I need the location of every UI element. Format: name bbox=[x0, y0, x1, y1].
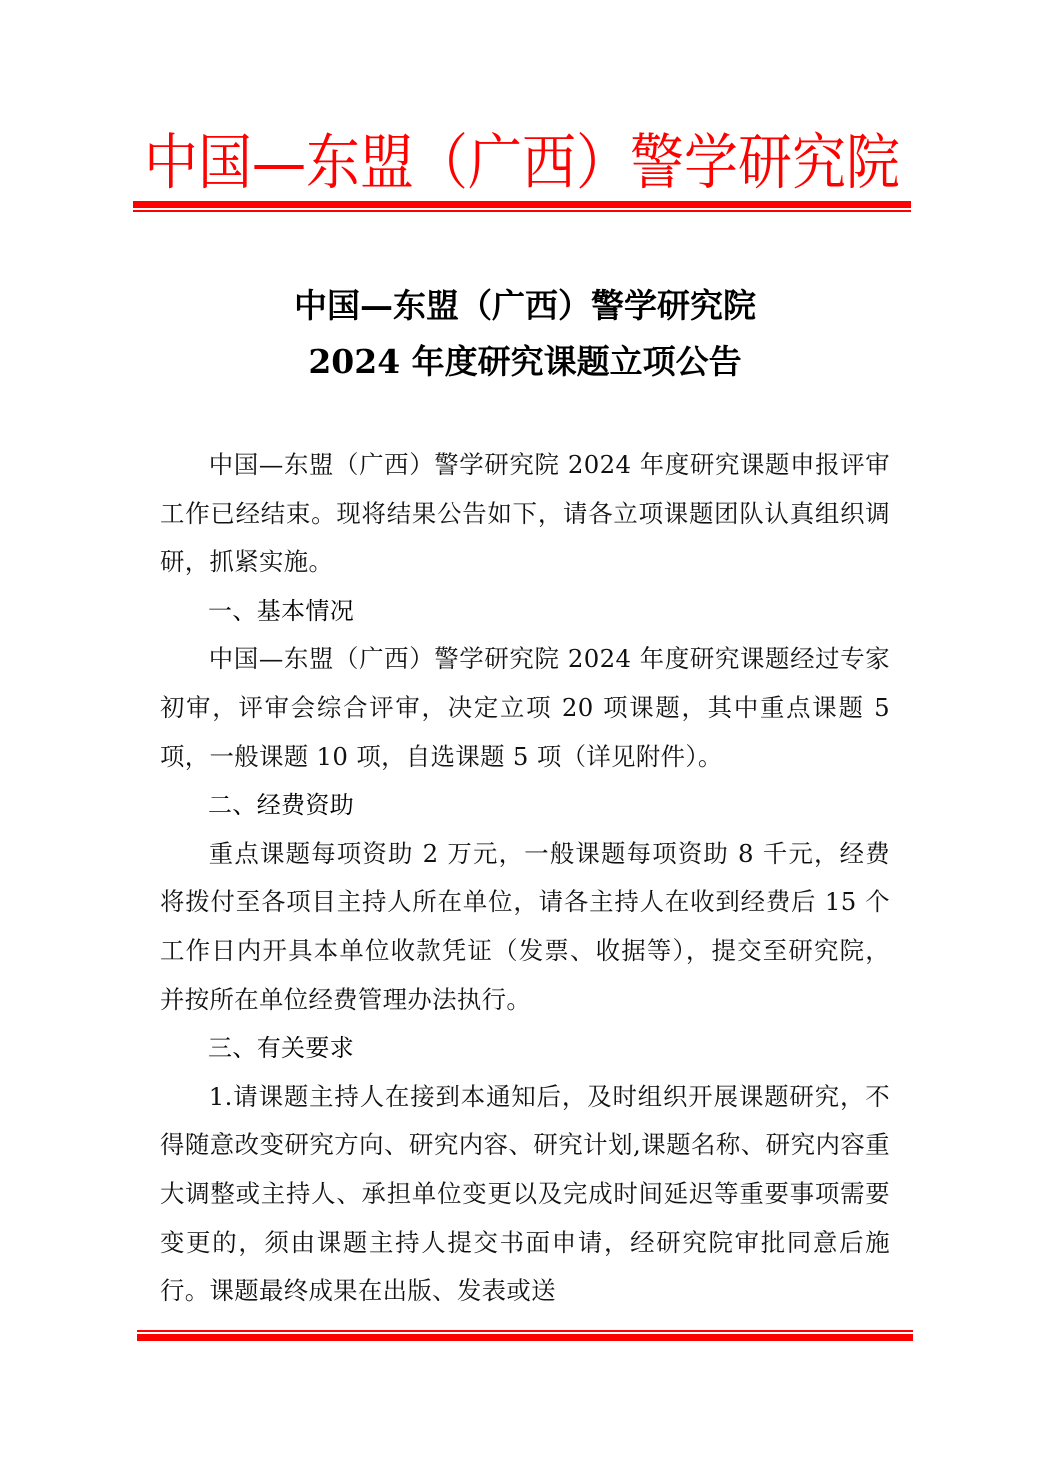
section-funding-paragraph: 重点课题每项资助 2 万元，一般课题每项资助 8 千元，经费将拨付至各项目主持人… bbox=[160, 830, 890, 1024]
masthead-title: 中国—东盟（广西）警学研究院 bbox=[133, 124, 911, 202]
section-heading-requirements: 三、有关要求 bbox=[160, 1024, 890, 1073]
document-page: 中国—东盟（广西）警学研究院 中国—东盟（广西）警学研究院 2024 年度研究课… bbox=[0, 0, 1048, 1482]
document-body: 中国—东盟（广西）警学研究院 2024 年度研究课题申报评审工作已经结束。现将结… bbox=[160, 441, 890, 1316]
section-heading-funding: 二、经费资助 bbox=[160, 781, 890, 830]
intro-paragraph: 中国—东盟（广西）警学研究院 2024 年度研究课题申报评审工作已经结束。现将结… bbox=[160, 441, 890, 587]
document-title-line2: 2024 年度研究课题立项公告 bbox=[130, 336, 920, 388]
section-basic-paragraph: 中国—东盟（广西）警学研究院 2024 年度研究课题经过专家初审，评审会综合评审… bbox=[160, 635, 890, 781]
document-title-line1: 中国—东盟（广西）警学研究院 bbox=[130, 280, 920, 332]
section-requirements-paragraph: 1.请课题主持人在接到本通知后，及时组织开展课题研究，不得随意改变研究方向、研究… bbox=[160, 1073, 890, 1316]
masthead-rule-thick bbox=[133, 201, 911, 208]
footer-rule-thick bbox=[137, 1334, 913, 1341]
masthead-rule-thin bbox=[133, 210, 911, 212]
section-heading-basic: 一、基本情况 bbox=[160, 587, 890, 636]
footer-rule-thin bbox=[137, 1330, 913, 1332]
